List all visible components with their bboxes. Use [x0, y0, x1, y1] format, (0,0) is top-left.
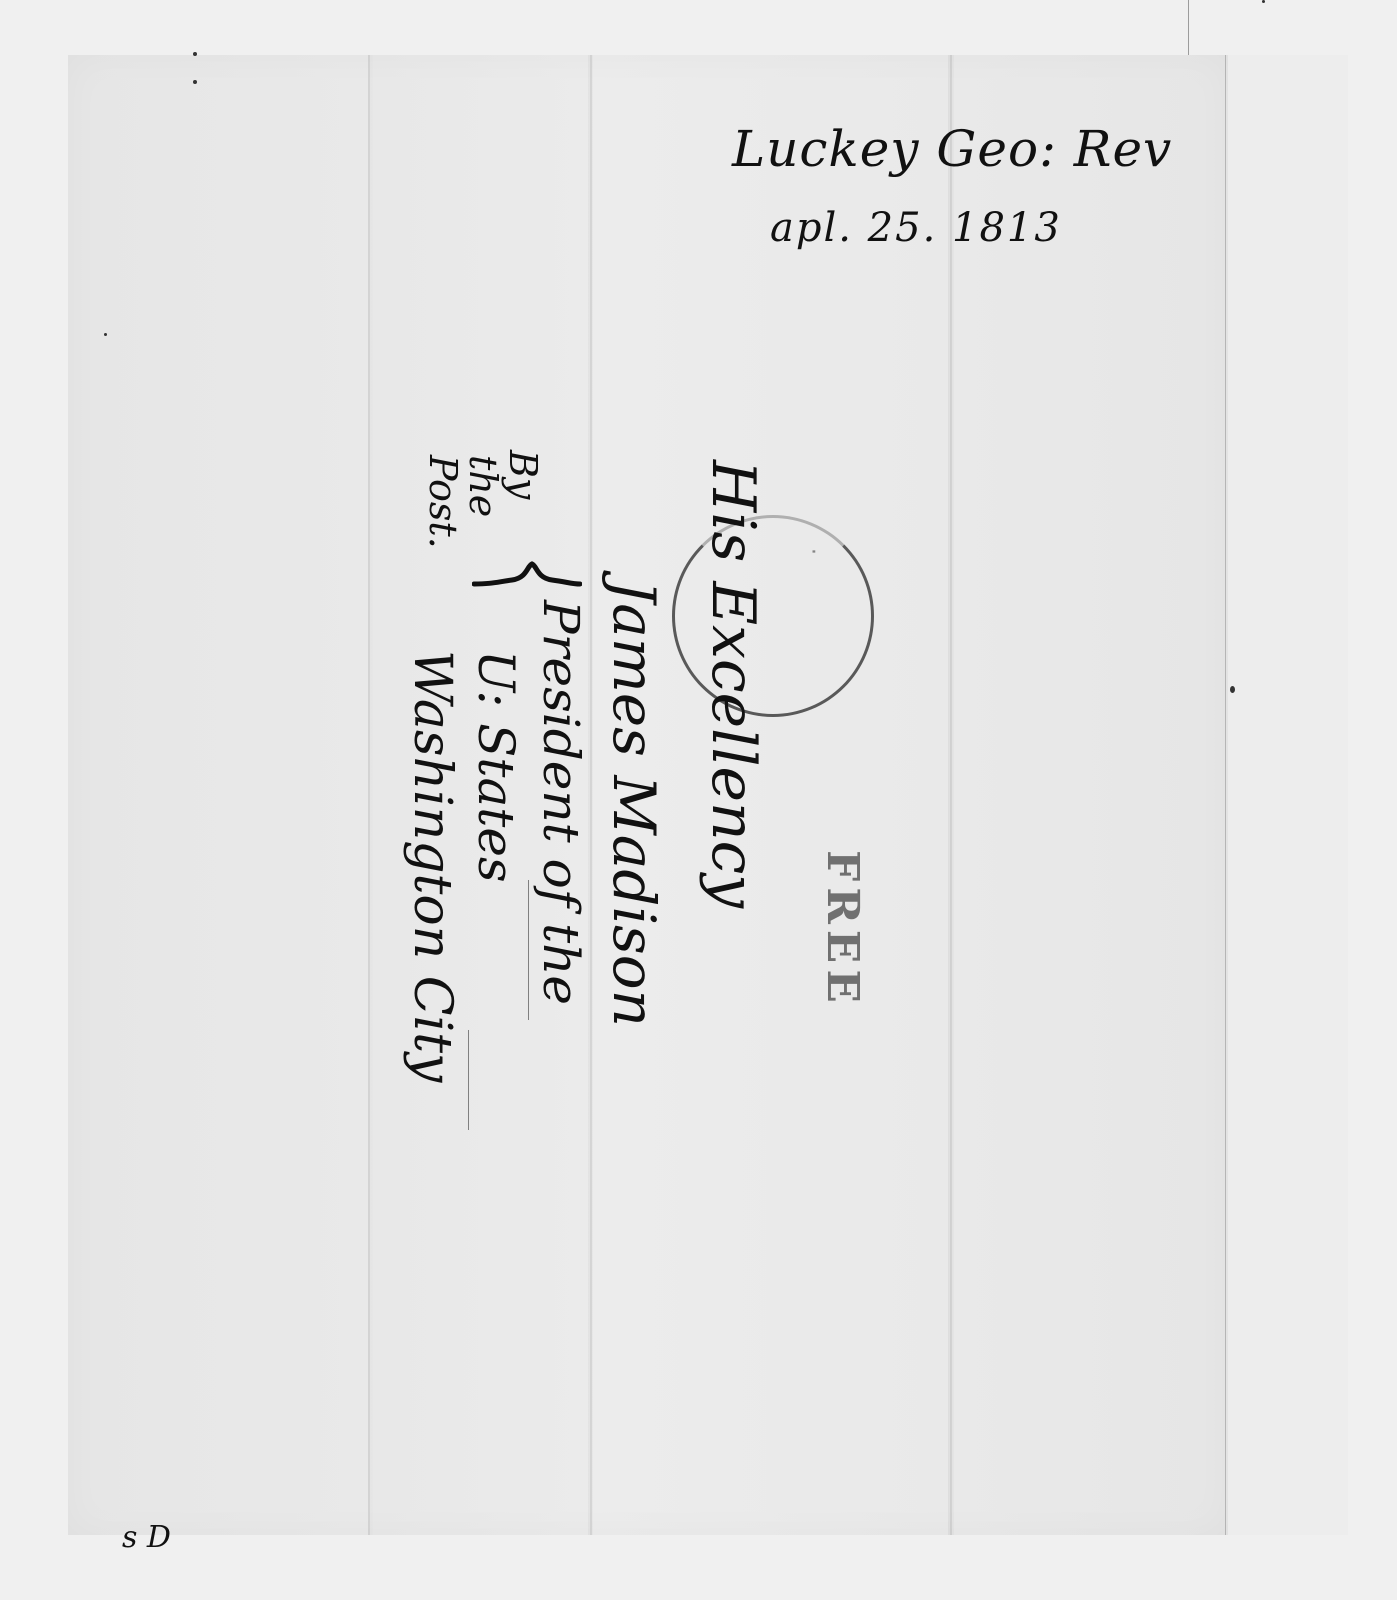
address-line-country: U: States	[467, 650, 525, 883]
address-line-office: President of the	[532, 600, 590, 1005]
ink-speck	[1230, 686, 1235, 693]
docket-name: Luckey Geo: Rev	[732, 120, 1172, 178]
conveyance-line-by: By	[501, 450, 545, 499]
top-edge-line	[1188, 0, 1189, 55]
free-frank-stamp: FREE	[817, 850, 868, 1009]
underline-stroke	[528, 880, 529, 1020]
fold-line-left	[368, 55, 370, 1535]
fold-line-right	[950, 55, 952, 1535]
corner-mark: s D	[122, 1520, 171, 1555]
underline-stroke	[468, 1030, 469, 1130]
paper-edge-right	[1228, 55, 1348, 1535]
ink-speck	[193, 80, 197, 84]
ink-speck	[1262, 0, 1265, 3]
conveyance-line-the: the	[461, 455, 505, 517]
address-line-title: His Excellency	[698, 460, 768, 908]
postmark-text: ·	[800, 548, 825, 559]
conveyance-line-post: Post.	[421, 455, 465, 549]
fold-line-center	[590, 55, 592, 1535]
ink-speck	[193, 52, 197, 56]
ink-speck	[104, 333, 107, 336]
right-edge-line	[1225, 55, 1226, 1535]
docket-date: apl. 25. 1813	[770, 205, 1062, 251]
address-line-city: Washington City	[402, 650, 462, 1082]
address-line-name: James Madison	[600, 580, 668, 1027]
curly-brace-icon	[472, 560, 582, 590]
